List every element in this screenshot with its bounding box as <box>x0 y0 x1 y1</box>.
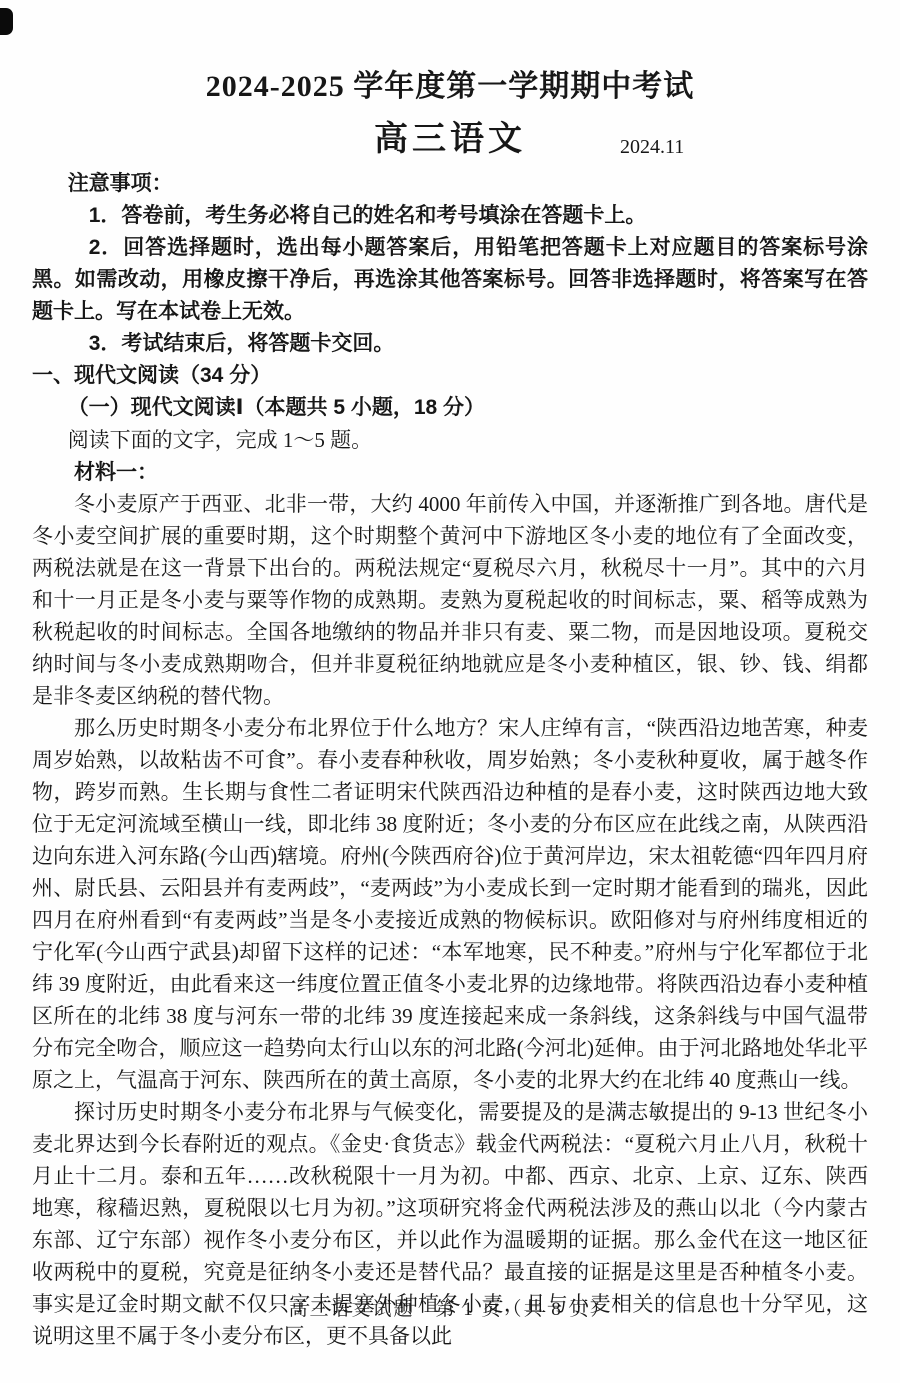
subsection-heading: （一）现代文阅读Ⅰ（本题共 5 小题，18 分） <box>32 392 868 424</box>
page-footer: 高三语文试题 第 1 页（共 8 页） <box>0 1294 900 1321</box>
exam-subject-title: 高三语文 <box>32 116 868 164</box>
section-heading: 一、现代文阅读（34 分） <box>32 360 868 392</box>
scan-blemish <box>0 8 13 35</box>
exam-title: 2024-2025 学年度第一学期期中考试 <box>32 0 868 106</box>
notice-item-1: 1．答卷前，考生务必将自己的姓名和考号填涂在答题卡上。 <box>32 200 868 232</box>
exam-body: 注意事项： 1．答卷前，考生务必将自己的姓名和考号填涂在答题卡上。 2．回答选择… <box>32 168 868 1352</box>
notice-item-2: 2．回答选择题时，选出每小题答案后，用铅笔把答题卡上对应题目的答案标号涂黑。如需… <box>32 232 868 328</box>
material-label: 材料一： <box>32 456 868 488</box>
subject-title-row: 高三语文 2024.11 <box>32 116 868 164</box>
notice-item-3: 3．考试结束后，将答题卡交回。 <box>32 328 868 360</box>
reading-instruction: 阅读下面的文字，完成 1～5 题。 <box>32 424 868 456</box>
exam-paper-page: 2024-2025 学年度第一学期期中考试 高三语文 2024.11 注意事项：… <box>0 0 900 1383</box>
material-paragraph-1: 冬小麦原产于西亚、北非一带，大约 4000 年前传入中国，并逐渐推广到各地。唐代… <box>32 488 868 712</box>
notice-heading: 注意事项： <box>32 168 868 200</box>
material-paragraph-2: 那么历史时期冬小麦分布北界位于什么地方？宋人庄绰有言，“陕西沿边地苦寒，种麦周岁… <box>32 712 868 1096</box>
exam-date: 2024.11 <box>620 136 684 159</box>
